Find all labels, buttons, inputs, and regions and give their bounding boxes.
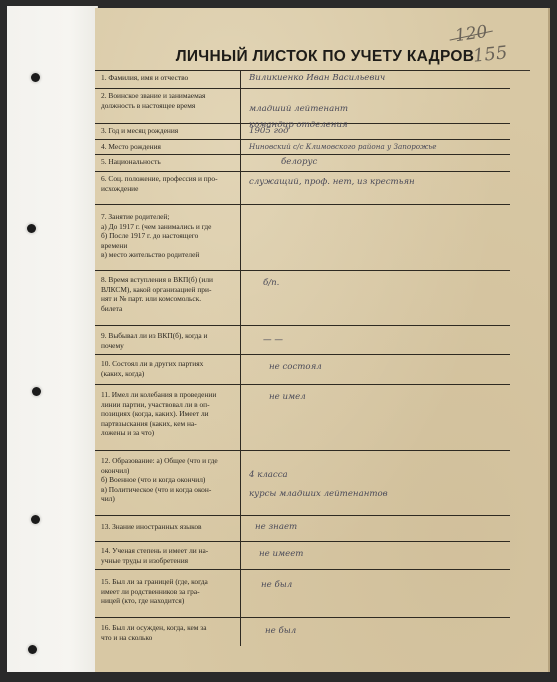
form-row-deviations: 11. Имел ли колебания в проведении линии… <box>95 385 510 451</box>
document-page: ЛИЧНЫЙ ЛИСТОК ПО УЧЕТУ КАДРОВ 120 155 1.… <box>95 8 550 672</box>
plastic-sleeve <box>7 6 98 672</box>
field-label: 2. Воинское звание и занимаемая должност… <box>95 89 241 123</box>
field-label: 15. Был ли за границей (где, когда имеет… <box>95 570 241 617</box>
field-label: 6. Соц. положение, профессия и про- исхо… <box>95 172 241 204</box>
field-value: Ниновский с/с Климовского района у Запор… <box>241 140 510 154</box>
field-label: 9. Выбывал ли из ВКП(б), когда и почему <box>95 326 241 354</box>
crossed-out-number: 120 <box>454 22 489 46</box>
field-label: 16. Был ли осужден, когда, кем за что и … <box>95 618 241 646</box>
form-row-education: 12. Образование: а) Общее (что и где око… <box>95 451 510 516</box>
form-row-languages: 13. Знание иностранных языков не знает <box>95 516 510 542</box>
field-label: 14. Ученая степень и имеет ли на- учные … <box>95 542 241 569</box>
binder-hole-icon <box>32 387 41 396</box>
field-label: 3. Год и месяц рождения <box>95 124 241 139</box>
field-label: 7. Занятие родителей; а) До 1917 г. (чем… <box>95 205 241 270</box>
field-value: младший лейтенант командир отделения <box>241 89 510 123</box>
field-value: не был <box>241 618 510 646</box>
form-row-abroad: 15. Был ли за границей (где, когда имеет… <box>95 570 510 618</box>
form-row-party-join: 8. Время вступления в ВКП(б) (или ВЛКСМ)… <box>95 271 510 326</box>
field-value: б/п. <box>241 271 510 325</box>
field-value: 1905 год <box>241 124 510 139</box>
form-row-convicted: 16. Был ли осужден, когда, кем за что и … <box>95 618 510 646</box>
field-value: служащий, проф. нет, из крестьян <box>241 172 510 204</box>
form-row-nationality: 5. Национальность белорус <box>95 155 510 172</box>
field-value-general: 4 класса <box>249 470 288 480</box>
field-value: 4 класса курсы младших лейтенантов <box>241 451 510 515</box>
field-value: — — <box>241 326 510 354</box>
binder-hole-icon <box>28 645 37 654</box>
field-label: 8. Время вступления в ВКП(б) (или ВЛКСМ)… <box>95 271 241 325</box>
field-value-military: курсы младших лейтенантов <box>249 488 502 501</box>
field-label: 11. Имел ли колебания в проведении линии… <box>95 385 241 450</box>
field-label: 13. Знание иностранных языков <box>95 516 241 541</box>
field-value: не знает <box>241 516 510 541</box>
field-value-line1: младший лейтенант <box>249 104 348 114</box>
field-label: 5. Национальность <box>95 155 241 171</box>
form-row-social-status: 6. Соц. положение, профессия и про- исхо… <box>95 172 510 205</box>
form-row-party-leave: 9. Выбывал ли из ВКП(б), когда и почему … <box>95 326 510 355</box>
binder-hole-icon <box>31 73 40 82</box>
field-value: белорус <box>241 155 510 171</box>
binder-hole-icon <box>27 224 36 233</box>
form-row-other-parties: 10. Состоял ли в других партиях (каких, … <box>95 355 510 385</box>
field-value: не имеет <box>241 542 510 569</box>
personnel-form: 1. Фамилия, имя и отчество Виликиенко Ив… <box>95 70 510 646</box>
field-label: 4. Место рождения <box>95 140 241 154</box>
form-row-parents: 7. Занятие родителей; а) До 1917 г. (чем… <box>95 205 510 271</box>
page-title: ЛИЧНЫЙ ЛИСТОК ПО УЧЕТУ КАДРОВ <box>165 48 485 66</box>
field-label: 12. Образование: а) Общее (что и где око… <box>95 451 241 515</box>
field-value <box>241 205 510 270</box>
field-label: 1. Фамилия, имя и отчество <box>95 71 241 88</box>
binder-hole-icon <box>31 515 40 524</box>
sheet-number: 155 <box>472 42 508 66</box>
field-value: не состоял <box>241 355 510 384</box>
form-row-birth-date: 3. Год и месяц рождения 1905 год <box>95 124 510 140</box>
field-value: не имел <box>241 385 510 450</box>
form-row-academic: 14. Ученая степень и имеет ли на- учные … <box>95 542 510 570</box>
field-label: 10. Состоял ли в других партиях (каких, … <box>95 355 241 384</box>
form-row-name: 1. Фамилия, имя и отчество Виликиенко Ив… <box>95 70 510 89</box>
form-row-birth-place: 4. Место рождения Ниновский с/с Климовск… <box>95 140 510 155</box>
form-row-rank: 2. Воинское звание и занимаемая должност… <box>95 89 510 124</box>
field-value: Виликиенко Иван Васильевич <box>241 71 510 88</box>
field-value: не был <box>241 570 510 617</box>
